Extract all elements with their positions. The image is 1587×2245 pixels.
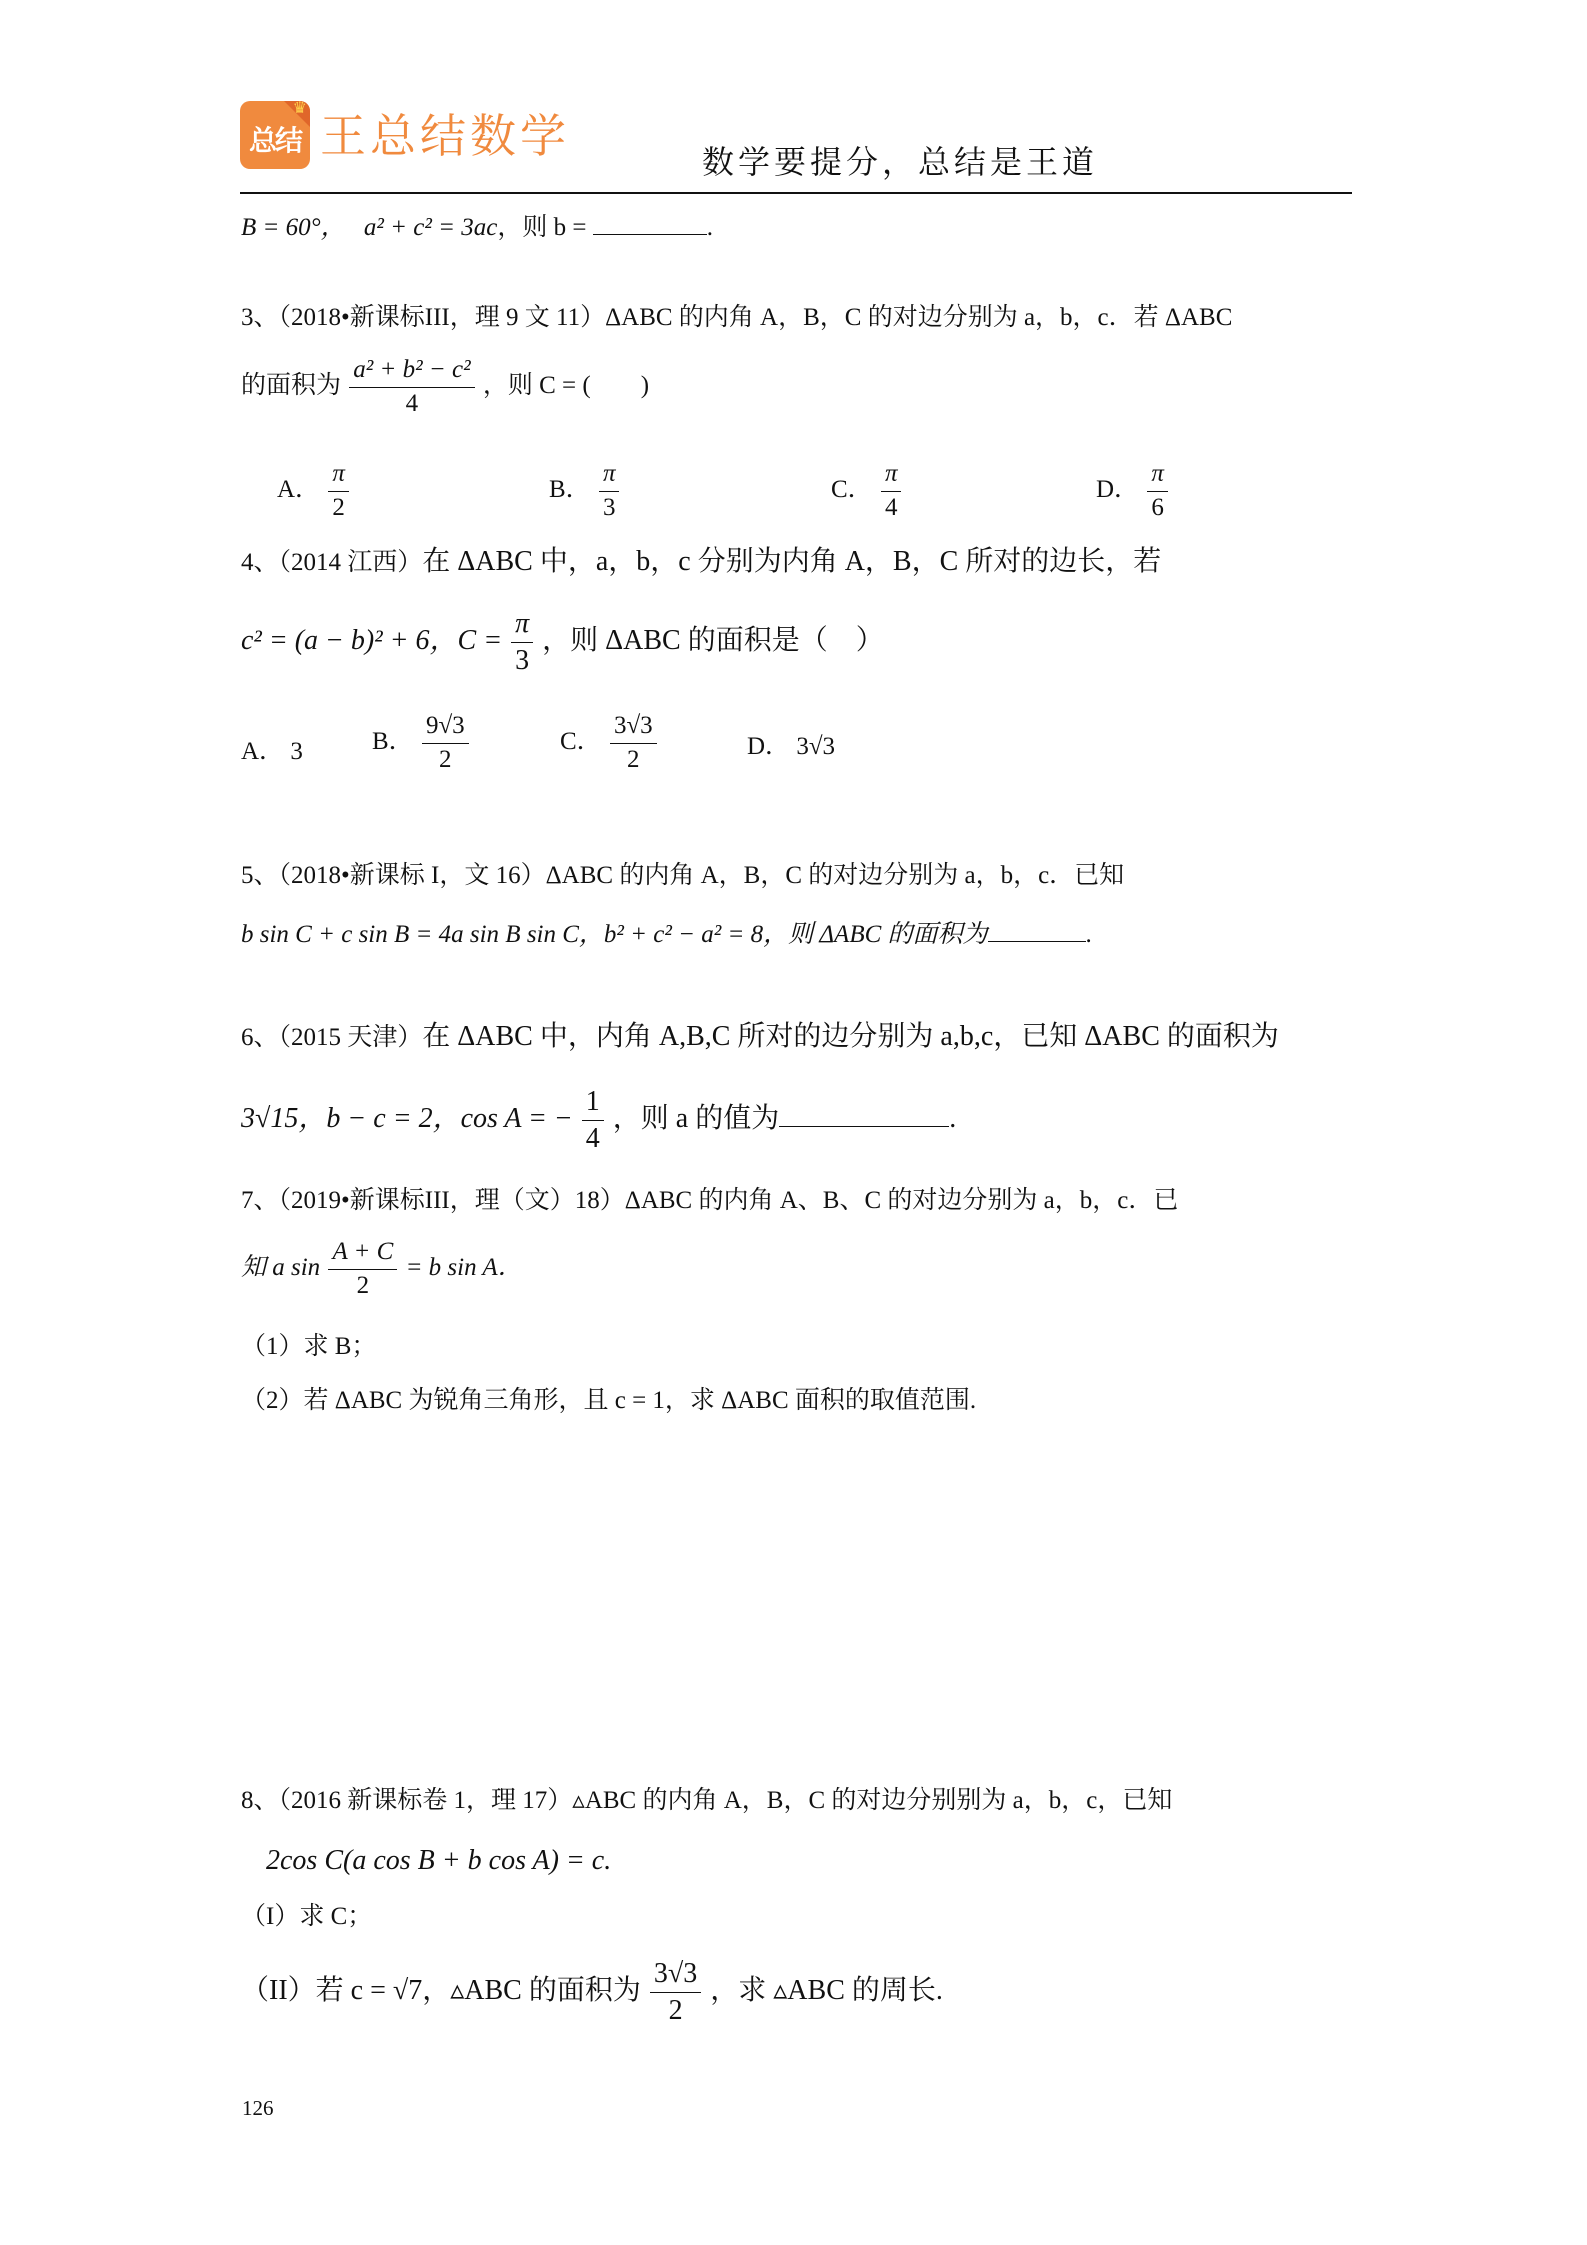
header-divider [240, 192, 1352, 194]
q4-frac-num: π [511, 608, 533, 643]
q4-number: 4、 [241, 549, 279, 576]
frac-num: π [881, 460, 902, 492]
option-fraction: π6 [1147, 460, 1168, 523]
option-fraction: π2 [328, 460, 349, 523]
q3-fraction: a² + b² − c² 4 [349, 356, 474, 419]
q3-option-c: C． π4 [831, 460, 903, 523]
q4-option-b: B． 9√32 [372, 712, 471, 775]
q6-frac-num: 1 [582, 1086, 604, 1121]
option-label: D． [1096, 476, 1139, 503]
frac-num: π [328, 460, 349, 492]
option-fraction: 3√32 [610, 712, 657, 775]
q3-option-d: D． π6 [1096, 460, 1170, 523]
option-label: C． [831, 476, 873, 503]
q7-number: 7、 [241, 1187, 279, 1214]
frac-num: π [599, 460, 620, 492]
q3-line1: 3、（2018•新课标III，理 9 文 11）ΔABC 的内角 A，B，C 的… [241, 301, 1232, 335]
option-label: B． [549, 476, 591, 503]
q6-source: （2015 天津） [279, 1024, 423, 1051]
q3-number: 3、 [241, 304, 279, 331]
option-label: C． [560, 728, 602, 755]
q5-source: （2018•新课标 I，文 16） [279, 862, 546, 889]
q4-source: （2014 江西） [279, 549, 423, 576]
q7-fraction: A + C 2 [328, 1238, 397, 1301]
option-value: 3 [290, 738, 303, 765]
q4-line2-post: ，则 ΔABC 的面积是（ ） [542, 625, 884, 656]
q7-line1: 7、（2019•新课标III，理（文）18）ΔABC 的内角 A、B、C 的对边… [241, 1184, 1178, 1218]
q3-option-a: A． π2 [277, 460, 351, 523]
q6-line2-pre: 3√15，b − c = 2，cos A = − [241, 1103, 573, 1134]
frac-num: π [1147, 460, 1168, 492]
q7-line2: 知 a sin A + C 2 = b sin A． [241, 1238, 523, 1301]
q3-line2-pre: 的面积为 [241, 372, 341, 399]
q8-part2-post: ，求 ▵ABC 的周长. [710, 1975, 943, 2006]
q8-condition: 2cos C(a cos B + b cos A) = c. [266, 1845, 611, 1876]
q6-end: . [949, 1103, 956, 1134]
frac-num: 9√3 [422, 712, 469, 744]
frac-den: 4 [881, 492, 902, 523]
q6-line2: 3√15，b − c = 2，cos A = − 1 4 ，则 a 的值为. [241, 1086, 956, 1155]
q4-line1: 4、（2014 江西）在 ΔABC 中，a，b，c 分别为内角 A，B，C 所对… [241, 545, 1161, 580]
q7-part2: （2）若 ΔABC 为锐角三角形，且 c = 1，求 ΔABC 面积的取值范围. [241, 1384, 976, 1418]
q4-frac-den: 3 [511, 643, 533, 677]
option-fraction: π4 [881, 460, 902, 523]
q5-number: 5、 [241, 862, 279, 889]
option-label: D． [747, 733, 790, 760]
logo-text: 总结 [240, 119, 310, 159]
option-label: A． [277, 476, 320, 503]
q4-option-d: D． 3√3 [747, 730, 835, 764]
q3-frac-den: 4 [349, 388, 474, 419]
q8-line2: 2cos C(a cos B + b cos A) = c. [266, 1844, 611, 1878]
fragment-pre: B = 60°， [241, 214, 346, 241]
q6-frac-den: 4 [582, 1121, 604, 1155]
option-value: 3√3 [796, 733, 835, 760]
q3-line2: 的面积为 a² + b² − c² 4 ，则 C = ( ) [241, 356, 649, 419]
q4-stem: 在 ΔABC 中，a，b，c 分别为内角 A，B，C 所对的边长，若 [422, 546, 1161, 577]
q8-line1: 8、（2016 新课标卷 1，理 17）▵ABC 的内角 A，B，C 的对边分别… [241, 1784, 1172, 1818]
q3-source: （2018•新课标III，理 9 文 11） [279, 304, 606, 331]
q5-stem: ΔABC 的内角 A，B，C 的对边分别为 a，b，c．已知 [546, 862, 1125, 889]
q5-line2: b sin C + c sin B = 4a sin B sin C，b² + … [241, 918, 1092, 952]
option-fraction: π3 [599, 460, 620, 523]
q8-stem: ▵ABC 的内角 A，B，C 的对边分别别为 a，b，c，已知 [572, 1787, 1172, 1814]
frac-num: 3√3 [610, 712, 657, 744]
q4-option-a: A． 3 [241, 735, 303, 769]
q5-line1: 5、（2018•新课标 I，文 16）ΔABC 的内角 A，B，C 的对边分别为… [241, 859, 1124, 893]
brand-name: 王总结数学 [320, 106, 570, 166]
q5-condition: b sin C + c sin B = 4a sin B sin C，b² + … [241, 921, 988, 948]
q7-line2-post: = b sin A． [406, 1254, 523, 1281]
q7-line2-pre: 知 a sin [241, 1254, 320, 1281]
answer-blank [988, 919, 1086, 942]
crown-icon: ♛ [293, 101, 307, 117]
slogan: 数学要提分，总结是王道 [702, 140, 1098, 184]
q8-source: （2016 新课标卷 1，理 17） [279, 1787, 573, 1814]
frac-den: 2 [422, 744, 469, 775]
q8-fraction: 3√3 2 [650, 1958, 701, 2027]
q8-part2-pre: （II）若 c = √7，▵ABC 的面积为 [241, 1975, 641, 2006]
q7-source: （2019•新课标III，理（文）18） [279, 1187, 625, 1214]
q5-end: . [1086, 921, 1092, 948]
q7-frac-den: 2 [328, 1270, 397, 1301]
frac-den: 2 [610, 744, 657, 775]
q4-option-c: C． 3√32 [560, 712, 659, 775]
q4-line2-pre: c² = (a − b)² + 6，C = [241, 625, 509, 656]
q8-part2: （II）若 c = √7，▵ABC 的面积为 3√3 2 ，求 ▵ABC 的周长… [241, 1958, 943, 2027]
q3-stem: ΔABC 的内角 A，B，C 的对边分别为 a，b，c．若 ΔABC [605, 304, 1232, 331]
q6-number: 6、 [241, 1024, 279, 1051]
option-fraction: 9√32 [422, 712, 469, 775]
q7-part1: （1）求 B； [241, 1330, 376, 1364]
q8-frac-num: 3√3 [650, 1958, 701, 1993]
logo-badge: ♛ 总结 [240, 101, 310, 169]
q3-option-b: B． π3 [549, 460, 621, 523]
option-label: A． [241, 738, 284, 765]
fragment-mid: ，则 b = [497, 214, 592, 241]
frac-den: 3 [599, 492, 620, 523]
q8-part1: （I）求 C； [241, 1900, 372, 1934]
q4-fraction: π 3 [511, 608, 533, 677]
option-label: B． [372, 728, 414, 755]
q8-frac-den: 2 [650, 1993, 701, 2027]
q6-line1: 6、（2015 天津）在 ΔABC 中，内角 A,B,C 所对的边分别为 a,b… [241, 1020, 1279, 1055]
q7-frac-num: A + C [328, 1238, 397, 1270]
frac-den: 6 [1147, 492, 1168, 523]
answer-blank [593, 212, 707, 235]
fragment-expr: a² + c² = 3ac [364, 214, 497, 241]
q4-line2: c² = (a − b)² + 6，C = π 3 ，则 ΔABC 的面积是（ … [241, 608, 884, 677]
q8-number: 8、 [241, 1787, 279, 1814]
q3-line2-post: ，则 C = ( ) [483, 372, 649, 399]
answer-blank [779, 1104, 949, 1127]
fragment-top: B = 60°， a² + c² = 3ac，则 b = . [241, 211, 713, 245]
q6-fraction: 1 4 [582, 1086, 604, 1155]
q3-frac-num: a² + b² − c² [349, 356, 474, 388]
q6-stem: 在 ΔABC 中，内角 A,B,C 所对的边分别为 a,b,c，已知 ΔABC … [422, 1021, 1279, 1052]
q6-line2-post: ，则 a 的值为 [613, 1103, 779, 1134]
frac-den: 2 [328, 492, 349, 523]
q7-stem: ΔABC 的内角 A、B、C 的对边分别为 a，b，c．已 [625, 1187, 1179, 1214]
page-number: 126 [242, 2096, 274, 2121]
fragment-end: . [707, 214, 713, 241]
